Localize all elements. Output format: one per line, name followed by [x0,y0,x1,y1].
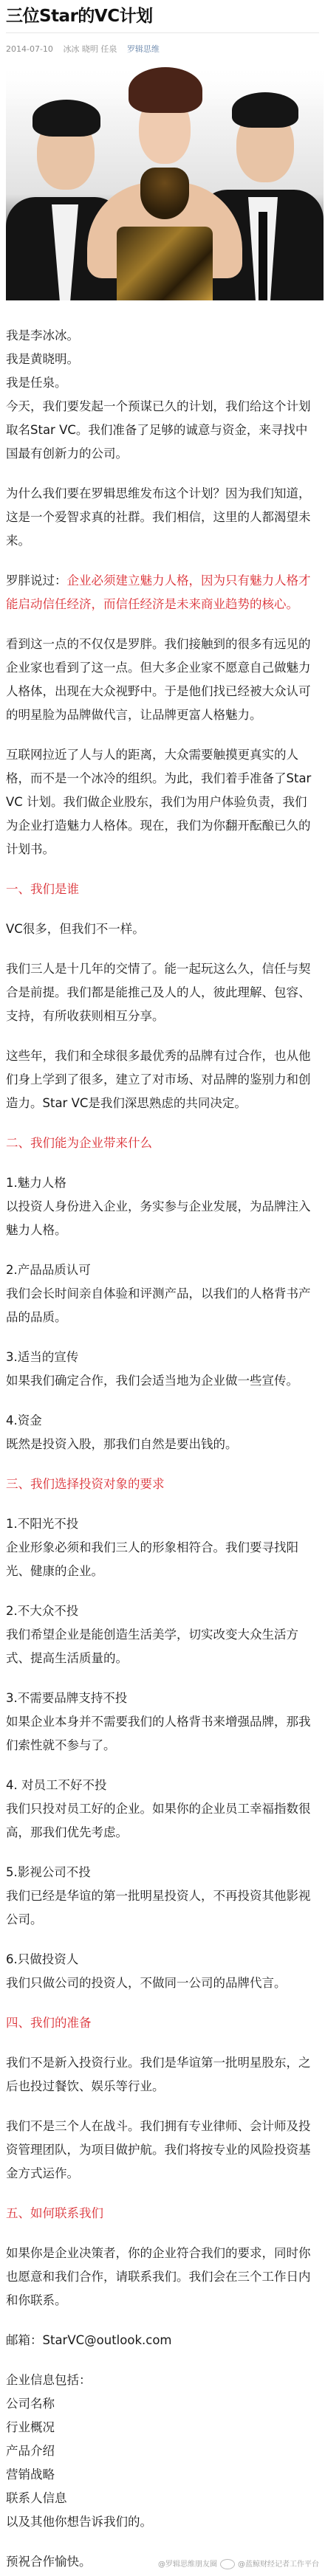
source-link[interactable]: 罗辑思维 [127,44,160,54]
info-item: 营销战略 [6,2463,319,2487]
paragraph: 我们不是新入投资行业。我们是华谊第一批明星股东，之后也投过餐饮、娱乐等行业。 [6,2051,319,2098]
section-heading: 二、我们能为企业带来什么 [6,1132,319,1155]
info-item: 公司名称 [6,2392,319,2416]
item-title: 1.不阳光不投 [6,1512,319,1536]
publish-date: 2014-07-10 [6,44,53,54]
item-desc: 我们希望企业是能创造生活美学，切实改变大众生活方式、提高生活质量的。 [6,1623,319,1670]
item-title: 3.适当的宣传 [6,1346,319,1369]
section-heading: 四、我们的准备 [6,2011,319,2035]
info-item: 以及其他你想告诉我们的。 [6,2510,319,2534]
watermark-left: @罗辑思维朋友圈 [158,2560,217,2569]
closing-line: 预祝合作愉快。 @罗辑思维朋友圈@蓝鲸财经记者工作平台 [6,2550,319,2574]
paragraph: 如果你是企业决策者，你的企业符合我们的要求，同时你也愿意和我们合作，请联系我们。… [6,2242,319,2312]
paragraph: 我们不是三个人在战斗。我们拥有专业律师、会计师及投资管理团队，为项目做护航。我们… [6,2115,319,2186]
section-heading: 一、我们是谁 [6,878,319,901]
why-paragraph: 为什么我们要在罗辑思维发布这个计划？因为我们知道，这是一个爱智求真的社群。我们相… [6,482,319,553]
paragraph: 看到这一点的不仅仅是罗胖。我们接触到的很多有远见的企业家也看到了这一点。但大多企… [6,633,319,727]
info-title: 企业信息包括： [6,2369,319,2392]
closing-text: 预祝合作愉快。 [6,2555,92,2569]
item-desc: 既然是投资入股，那我们自然是要出钱的。 [6,1433,319,1456]
paragraph: VC很多，但我们不一样。 [6,917,319,941]
item-desc: 我们只做公司的投资人，不做同一公司的品牌代言。 [6,1971,319,1995]
item-title: 6.只做投资人 [6,1948,319,1971]
hero-image [6,64,324,300]
paragraph: 这些年，我们和全球很多最优秀的品牌有过合作，也从他们身上学到了很多，建立了对市场… [6,1044,319,1115]
item-desc: 如果企业本身并不需要我们的人格背书来增强品牌，那我们索性就不参与了。 [6,1710,319,1757]
item-title: 4. 对员工不好不投 [6,1774,319,1797]
info-item: 联系人信息 [6,2487,319,2510]
item-desc: 我们会长时间亲自体验和评测产品，以我们的人格背书产品的品质。 [6,1282,319,1329]
email-label: 邮箱： [6,2333,43,2347]
intro-line: 我是任泉。 [6,371,319,395]
item-title: 5.影视公司不投 [6,1861,319,1884]
article: 三位Star的VC计划 2014-07-10 冰冰 晓明 任泉 罗辑思维 我是李… [0,0,325,2574]
item-desc: 企业形象必须和我们三人的形象相符合。我们要寻找阳光、健康的企业。 [6,1536,319,1583]
info-item: 行业概况 [6,2416,319,2439]
info-item: 产品介绍 [6,2439,319,2463]
email-line: 邮箱：StarVC@outlook.com [6,2329,319,2352]
article-meta: 2014-07-10 冰冰 晓明 任泉 罗辑思维 [6,42,319,57]
paragraph: 互联网拉近了人与人的距离，大众需要触摸更真实的人格，而不是一个冰冷的组织。为此，… [6,743,319,861]
item-title: 4.资金 [6,1409,319,1433]
intro-line: 我是李冰冰。 [6,324,319,348]
person-center [87,64,242,300]
item-title: 2.产品品质认可 [6,1258,319,1282]
article-title: 三位Star的VC计划 [6,0,319,27]
article-body: 我是李冰冰。 我是黄晓明。 我是任泉。 今天，我们要发起一个预谋已久的计划，我们… [6,324,319,2574]
watermark-right: @蓝鲸财经记者工作平台 [238,2560,319,2569]
item-desc: 以投资人身份进入企业，务实参与企业发展，为品牌注入魅力人格。 [6,1195,319,1242]
quote-paragraph: 罗胖说过：企业必须建立魅力人格，因为只有魅力人格才能启动信任经济，而信任经济是未… [6,569,319,616]
item-title: 3.不需要品牌支持不投 [6,1687,319,1710]
paragraph: 我们三人是十几年的交情了。能一起玩这么久，信任与契合是前提。我们都是能推己及人的… [6,957,319,1028]
email-address[interactable]: StarVC@outlook.com [43,2333,172,2347]
intro-paragraph: 今天，我们要发起一个预谋已久的计划，我们给这个计划取名Star VC。我们准备了… [6,395,319,466]
item-desc: 如果我们确定合作，我们会适当地为企业做一些宣传。 [6,1369,319,1393]
item-title: 2.不大众不投 [6,1599,319,1623]
item-desc: 我们只投对员工好的企业。如果你的企业员工幸福指数很高，那我们优先考虑。 [6,1797,319,1845]
section-heading: 五、如何联系我们 [6,2202,319,2225]
item-desc: 我们已经是华谊的第一批明星投资人，不再投资其他影视公司。 [6,1884,319,1932]
quote-prefix: 罗胖说过： [6,574,67,588]
weibo-icon [220,2559,235,2569]
item-title: 1.魅力人格 [6,1171,319,1195]
title-divider [6,32,319,33]
section-heading: 三、我们选择投资对象的要求 [6,1473,319,1496]
watermark: @罗辑思维朋友圈@蓝鲸财经记者工作平台 [158,2553,319,2576]
intro-line: 我是黄晓明。 [6,348,319,371]
authors: 冰冰 晓明 任泉 [63,44,117,54]
